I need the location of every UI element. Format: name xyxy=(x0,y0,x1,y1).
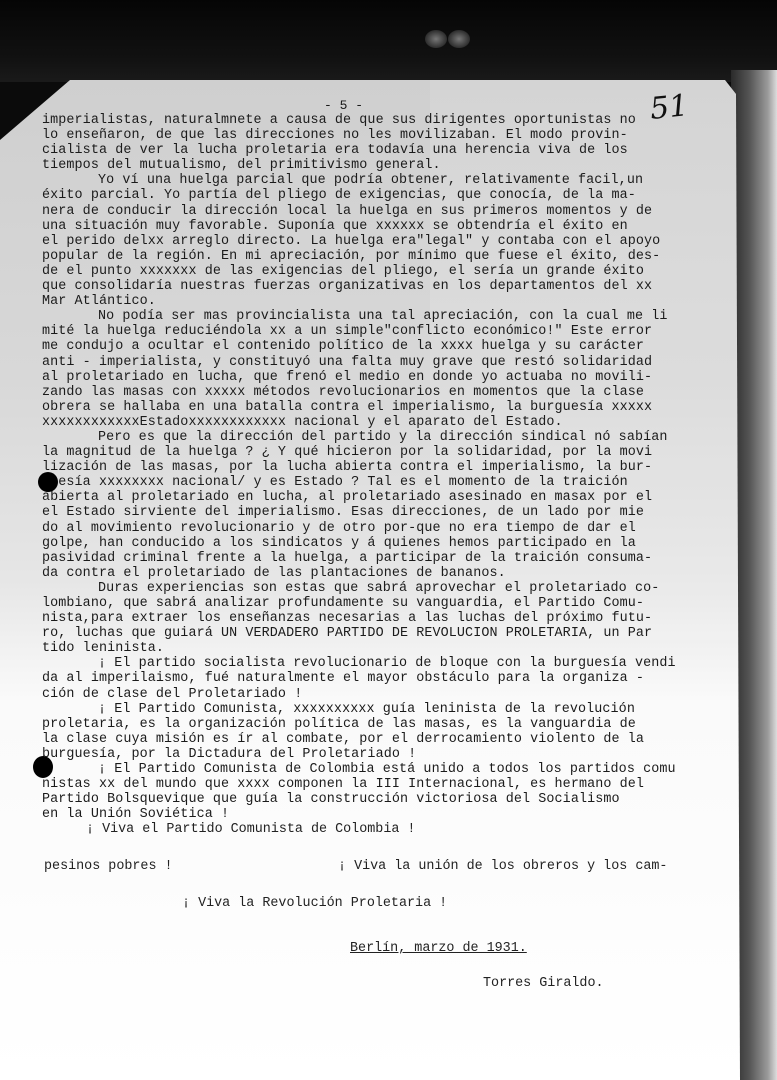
page-number: - 5 - xyxy=(324,98,363,113)
document-line: me condujo a ocultar el contenido políti… xyxy=(42,339,722,354)
document-line: Yo ví una huelga parcial que podría obte… xyxy=(42,173,722,188)
slogan: pesinos pobres ! xyxy=(44,859,173,874)
document-line: Duras experiencias son estas que sabrá a… xyxy=(42,581,722,596)
document-line: el Estado sirviente del imperialismo. Es… xyxy=(42,505,722,520)
document-line: cialista de ver la lucha proletaria era … xyxy=(42,143,722,158)
document-line: pasividad criminal frente a la huelga, a… xyxy=(42,551,722,566)
document-line: proletaria, es la organización política … xyxy=(42,717,722,732)
document-line: nera de conducir la dirección local la h… xyxy=(42,204,722,219)
document-body: imperialistas, naturalmnete a causa de q… xyxy=(42,113,722,822)
document-line: Pero es que la dirección del partido y l… xyxy=(42,430,722,445)
document-line: da contra el proletariado de las plantac… xyxy=(42,566,722,581)
scan-artifact xyxy=(425,30,447,48)
document-line: burguesía, por la Dictadura del Proletar… xyxy=(42,747,722,762)
document-line: ¡ El partido socialista revolucionario d… xyxy=(42,656,722,671)
signature: Torres Giraldo. xyxy=(483,976,604,991)
scan-artifact xyxy=(448,30,470,48)
document-line: lo enseñaron, de que las direcciones no … xyxy=(42,128,722,143)
document-line: imperialistas, naturalmnete a causa de q… xyxy=(42,113,722,128)
document-line: en la Unión Soviética ! xyxy=(42,807,722,822)
document-line: nistas xx del mundo que xxxx componen la… xyxy=(42,777,722,792)
document-line: do al movimiento revolucionario y de otr… xyxy=(42,521,722,536)
document-line: obrera se hallaba en una batalla contra … xyxy=(42,400,722,415)
document-line: golpe, han conducido a los sindicatos y … xyxy=(42,536,722,551)
document-line: ro, luchas que guiará UN VERDADERO PARTI… xyxy=(42,626,722,641)
document-line: nista,para extraer los enseñanzas necesa… xyxy=(42,611,722,626)
document-line: al proletariado en lucha, que frenó el m… xyxy=(42,370,722,385)
document-line: Mar Atlántico. xyxy=(42,294,722,309)
document-line: el perido delxx arreglo directo. La huel… xyxy=(42,234,722,249)
document-line: da al imperilaismo, fué naturalmente el … xyxy=(42,671,722,686)
scan-top-border xyxy=(0,0,777,82)
document-line: ¡ El Partido Comunista de Colombia está … xyxy=(42,762,722,777)
document-line: Partido Bolsquevique que guía la constru… xyxy=(42,792,722,807)
slogan: ¡ Viva el Partido Comunista de Colombia … xyxy=(86,822,415,837)
document-line: No podía ser mas provincialista una tal … xyxy=(42,309,722,324)
document-line: guesía xxxxxxxx nacional/ y es Estado ? … xyxy=(42,475,722,490)
document-line: ¡ El Partido Comunista, xxxxxxxxxx guía … xyxy=(42,702,722,717)
document-line: la clase cuya misión es ír al combate, p… xyxy=(42,732,722,747)
document-line: tiempos del mutualismo, del primitivismo… xyxy=(42,158,722,173)
document-line: la magnitud de la huelga ? ¿ Y qué hicie… xyxy=(42,445,722,460)
document-line: una situación muy favorable. Suponía que… xyxy=(42,219,722,234)
document-line: zando las masas con xxxxx métodos revolu… xyxy=(42,385,722,400)
document-line: lombiano, que sabrá analizar profundamen… xyxy=(42,596,722,611)
slogan: ¡ Viva la unión de los obreros y los cam… xyxy=(338,859,667,874)
document-line: anti - imperialista, y constituyó una fa… xyxy=(42,355,722,370)
document-line: tido leninista. xyxy=(42,641,722,656)
document-line: popular de la región. En mi apreciación,… xyxy=(42,249,722,264)
ink-blot xyxy=(33,756,53,778)
document-line: xxxxxxxxxxxxEstadoxxxxxxxxxxxx nacional … xyxy=(42,415,722,430)
document-line: abierta al proletariado en lucha, al pro… xyxy=(42,490,722,505)
document-line: que consolidaría nuestras fuerzas organi… xyxy=(42,279,722,294)
document-line: mité la huelga reduciéndola xx a un simp… xyxy=(42,324,722,339)
slogan: ¡ Viva la Revolución Proletaria ! xyxy=(182,896,447,911)
place-date: Berlín, marzo de 1931. xyxy=(350,941,527,956)
document-line: éxito parcial. Yo partía del pliego de e… xyxy=(42,188,722,203)
document-line: lización de las masas, por la lucha abie… xyxy=(42,460,722,475)
document-line: ción de clase del Proletariado ! xyxy=(42,687,722,702)
ink-blot xyxy=(38,472,58,492)
document-line: de el punto xxxxxxx de las exigencias de… xyxy=(42,264,722,279)
